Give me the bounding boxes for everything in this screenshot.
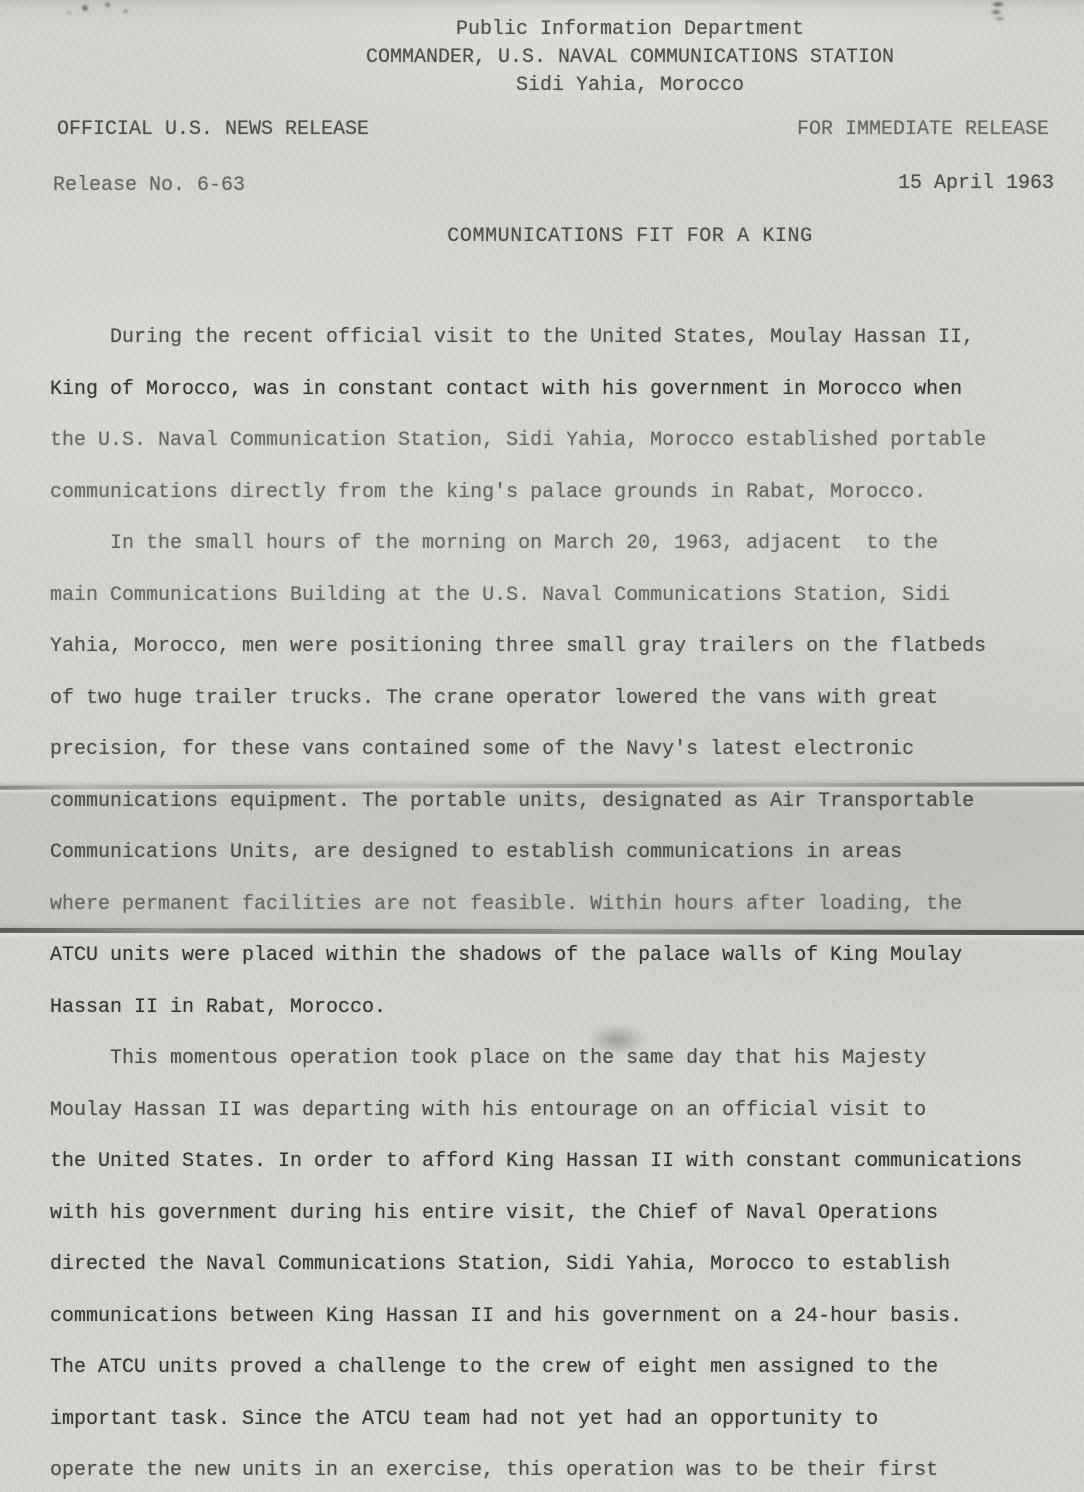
body-line: communications directly from the king's …: [50, 467, 1064, 519]
letterhead-command: COMMANDER, U.S. NAVAL COMMUNICATIONS STA…: [176, 44, 1084, 72]
letterhead: Public Information Department COMMANDER,…: [176, 16, 1084, 100]
body-line: operate the new units in an exercise, th…: [50, 1445, 1064, 1492]
body-line: The ATCU units proved a challenge to the…: [50, 1342, 1064, 1394]
paragraph-1: During the recent official visit to the …: [50, 312, 1064, 518]
document-title: COMMUNICATIONS FIT FOR A KING: [176, 225, 1084, 248]
release-number: Release No. 6-63: [53, 174, 245, 197]
body-line: King of Morocco, was in constant contact…: [50, 364, 1064, 416]
body-line: communications equipment. The portable u…: [50, 776, 1064, 828]
immediate-release-label: FOR IMMEDIATE RELEASE: [797, 118, 1049, 141]
paragraph-3: This momentous operation took place on t…: [50, 1033, 1064, 1492]
body-line: Communications Units, are designed to es…: [50, 827, 1064, 879]
body-line: with his government during his entire vi…: [50, 1188, 1064, 1240]
body-line: of two huge trailer trucks. The crane op…: [50, 673, 1064, 725]
body-line: the U.S. Naval Communication Station, Si…: [50, 415, 1064, 467]
body-line: ATCU units were placed within the shadow…: [50, 930, 1064, 982]
letterhead-department: Public Information Department: [176, 16, 1084, 44]
body-line: Hassan II in Rabat, Morocco.: [50, 982, 1064, 1034]
body-line: directed the Naval Communications Statio…: [50, 1239, 1064, 1291]
body-line: During the recent official visit to the …: [50, 312, 1064, 364]
body-line: the United States. In order to afford Ki…: [50, 1136, 1064, 1188]
body-line: main Communications Building at the U.S.…: [50, 570, 1064, 622]
scanned-document-page: Public Information Department COMMANDER,…: [0, 0, 1084, 1492]
body-line: important task. Since the ATCU team had …: [50, 1394, 1064, 1446]
body-line: communications between King Hassan II an…: [50, 1291, 1064, 1343]
paragraph-2: In the small hours of the morning on Mar…: [50, 518, 1064, 1033]
document-body: During the recent official visit to the …: [50, 312, 1064, 1492]
body-line: Moulay Hassan II was departing with his …: [50, 1085, 1064, 1137]
letterhead-location: Sidi Yahia, Morocco: [176, 72, 1084, 100]
release-date: 15 April 1963: [898, 172, 1054, 195]
body-line: where permanent facilities are not feasi…: [50, 879, 1064, 931]
body-line: In the small hours of the morning on Mar…: [50, 518, 1064, 570]
body-line: precision, for these vans contained some…: [50, 724, 1064, 776]
scan-artifact-top-left: [58, 0, 148, 20]
official-release-label: OFFICIAL U.S. NEWS RELEASE: [57, 118, 369, 141]
body-line: Yahia, Morocco, men were positioning thr…: [50, 621, 1064, 673]
body-line: This momentous operation took place on t…: [50, 1033, 1064, 1085]
